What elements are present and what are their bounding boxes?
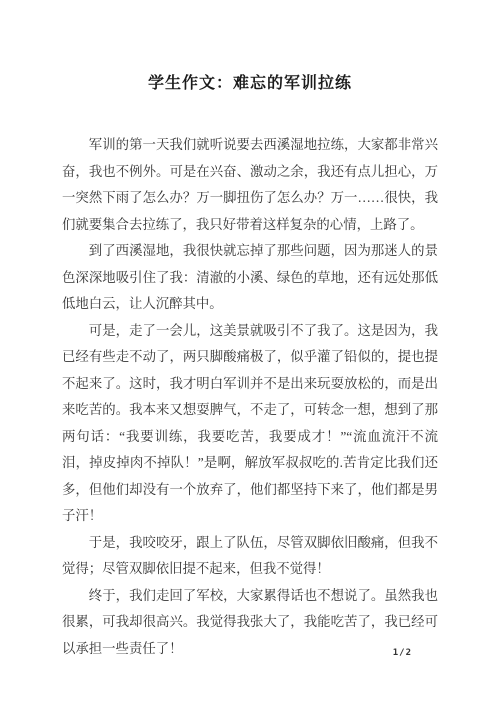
essay-body: 军训的第一天我们就听说要去西溪湿地拉练，大家都非常兴奋，我也不例外。可是在兴奋、… (62, 132, 438, 662)
document-page: 学生作文：难忘的军训拉练 军训的第一天我们就听说要去西溪湿地拉练，大家都非常兴奋… (0, 0, 500, 707)
page-number: 1/2 (393, 648, 412, 658)
essay-paragraph: 于是，我咬咬牙，跟上了队伍，尽管双脚依旧酸痛，但我不觉得；尽管双脚依旧提不起来，… (62, 530, 438, 583)
essay-paragraph: 到了西溪湿地，我很快就忘掉了那些问题，因为那迷人的景色深深地吸引住了我：清澈的小… (62, 238, 438, 318)
essay-paragraph: 终于，我们走回了军校，大家累得话也不想说了。虽然我也很累，可我却很高兴。我觉得我… (62, 583, 438, 663)
essay-paragraph: 军训的第一天我们就听说要去西溪湿地拉练，大家都非常兴奋，我也不例外。可是在兴奋、… (62, 132, 438, 238)
essay-paragraph: 可是，走了一会儿，这美景就吸引不了我了。这是因为，我已经有些走不动了，两只脚酸痛… (62, 318, 438, 530)
page-title: 学生作文：难忘的军训拉练 (0, 0, 500, 93)
